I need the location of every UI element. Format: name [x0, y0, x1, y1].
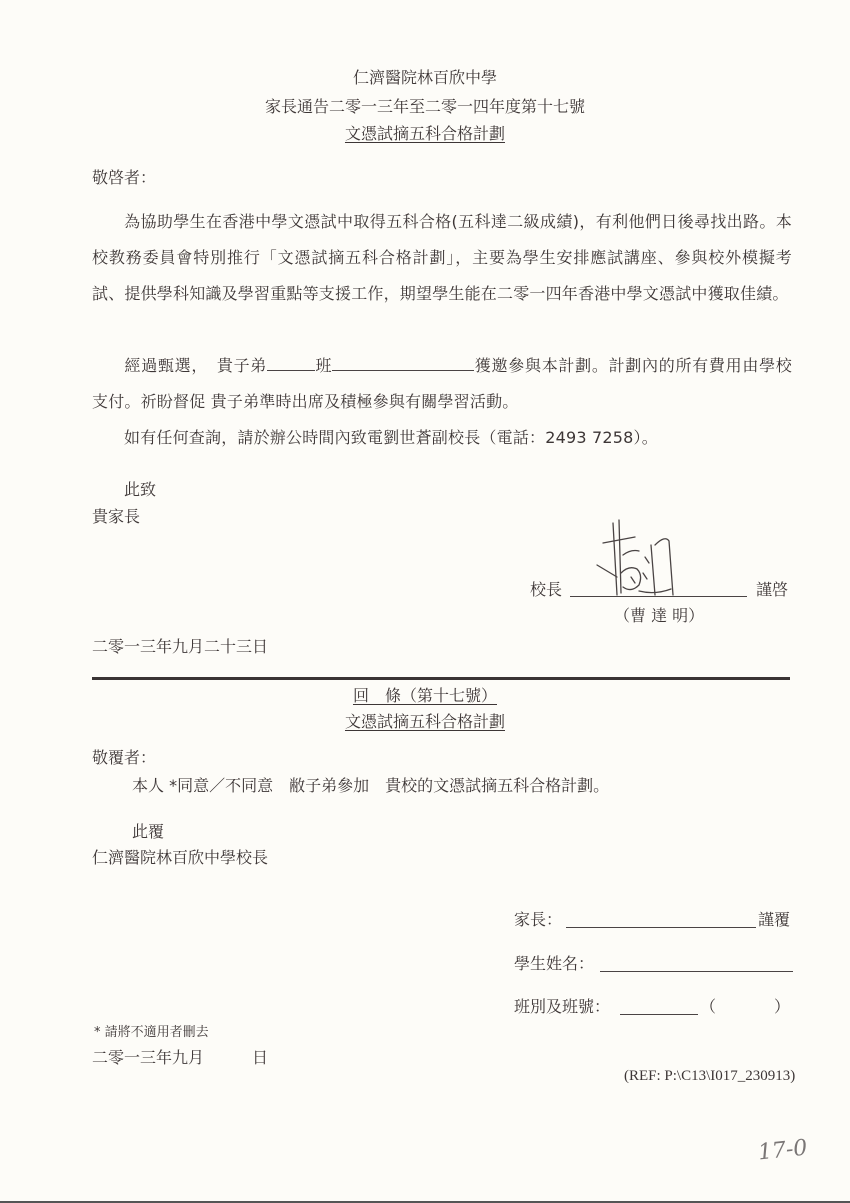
document-reference: (REF: P:\C13\I017_230913) — [624, 1066, 795, 1086]
class-number-field[interactable] — [716, 997, 774, 1017]
principal-name: （曹 達 明） — [614, 606, 704, 626]
class-number-paren-open: （ — [700, 997, 716, 1017]
class-number-paren-close: ） — [774, 997, 790, 1017]
reply-slip-title-text: 回 條（第十七號） — [353, 686, 497, 705]
reply-slip-subtitle-text: 文憑試摘五科合格計劃 — [345, 712, 505, 731]
school-name: 仁濟醫院林百欣中學 — [0, 68, 850, 88]
paragraph-intro-text: 為協助學生在香港中學文憑試中取得五科合格(五科達二級成績)，有利他們日後尋找出路… — [92, 212, 792, 303]
reply-slip-subtitle: 文憑試摘五科合格計劃 — [0, 712, 850, 732]
principal-sign-suffix: 謹啓 — [756, 580, 788, 600]
footnote: * 請將不適用者刪去 — [94, 1025, 209, 1041]
reply-date: 二零一三年九月 日 — [92, 1048, 268, 1068]
selection-text-1: 經過甄選， 貴子弟 — [124, 356, 267, 375]
parent-signature-field[interactable] — [566, 927, 756, 928]
reply-slip-title: 回 條（第十七號） — [0, 686, 850, 706]
letter-date: 二零一三年九月二十三日 — [92, 637, 268, 657]
class-label: 班 — [315, 356, 332, 375]
handwritten-note: 17-0 — [757, 1135, 809, 1165]
notice-title: 文憑試摘五科合格計劃 — [0, 124, 850, 144]
reply-salutation: 敬覆者： — [92, 748, 156, 768]
notice-title-text: 文憑試摘五科合格計劃 — [345, 124, 505, 143]
parent-sign-suffix: 謹覆 — [758, 910, 790, 930]
student-name-label: 學生姓名： — [514, 954, 594, 974]
reply-closing-1: 此覆 — [132, 822, 164, 842]
consent-statement[interactable]: 本人 *同意／不同意 敝子弟參加 貴校的文憑試摘五科合格計劃。 — [132, 776, 609, 796]
reply-closing-2: 仁濟醫院林百欣中學校長 — [92, 848, 268, 868]
enquiry-text: 如有任何查詢，請於辦公時間內致電劉世蒼副校長（電話：2493 7258）。 — [124, 428, 658, 447]
paragraph-enquiry: 如有任何查詢，請於辦公時間內致電劉世蒼副校長（電話：2493 7258）。 — [92, 420, 792, 456]
student-name-field[interactable] — [600, 971, 793, 972]
closing-2: 貴家長 — [92, 507, 140, 527]
notice-page: 仁濟醫院林百欣中學 家長通告二零一三年至二零一四年度第十七號 文憑試摘五科合格計… — [0, 0, 850, 1203]
paragraph-intro: 為協助學生在香港中學文憑試中取得五科合格(五科達二級成績)，有利他們日後尋找出路… — [92, 204, 792, 312]
paragraph-selection: 經過甄選， 貴子弟班獲邀參與本計劃。計劃內的所有費用由學校支付。祈盼督促 貴子弟… — [92, 348, 792, 420]
tear-off-divider — [92, 677, 790, 680]
notice-number: 家長通告二零一三年至二零一四年度第十七號 — [0, 97, 850, 117]
class-number-label: 班別及班號： — [514, 997, 610, 1017]
principal-signature-icon — [595, 515, 715, 600]
class-field[interactable] — [620, 1014, 698, 1015]
class-blank — [267, 356, 315, 371]
parent-label: 家長： — [514, 910, 562, 930]
principal-label: 校長 — [530, 580, 562, 600]
closing-1: 此致 — [124, 480, 156, 500]
salutation: 敬啓者： — [92, 168, 156, 188]
student-name-blank — [332, 356, 474, 371]
